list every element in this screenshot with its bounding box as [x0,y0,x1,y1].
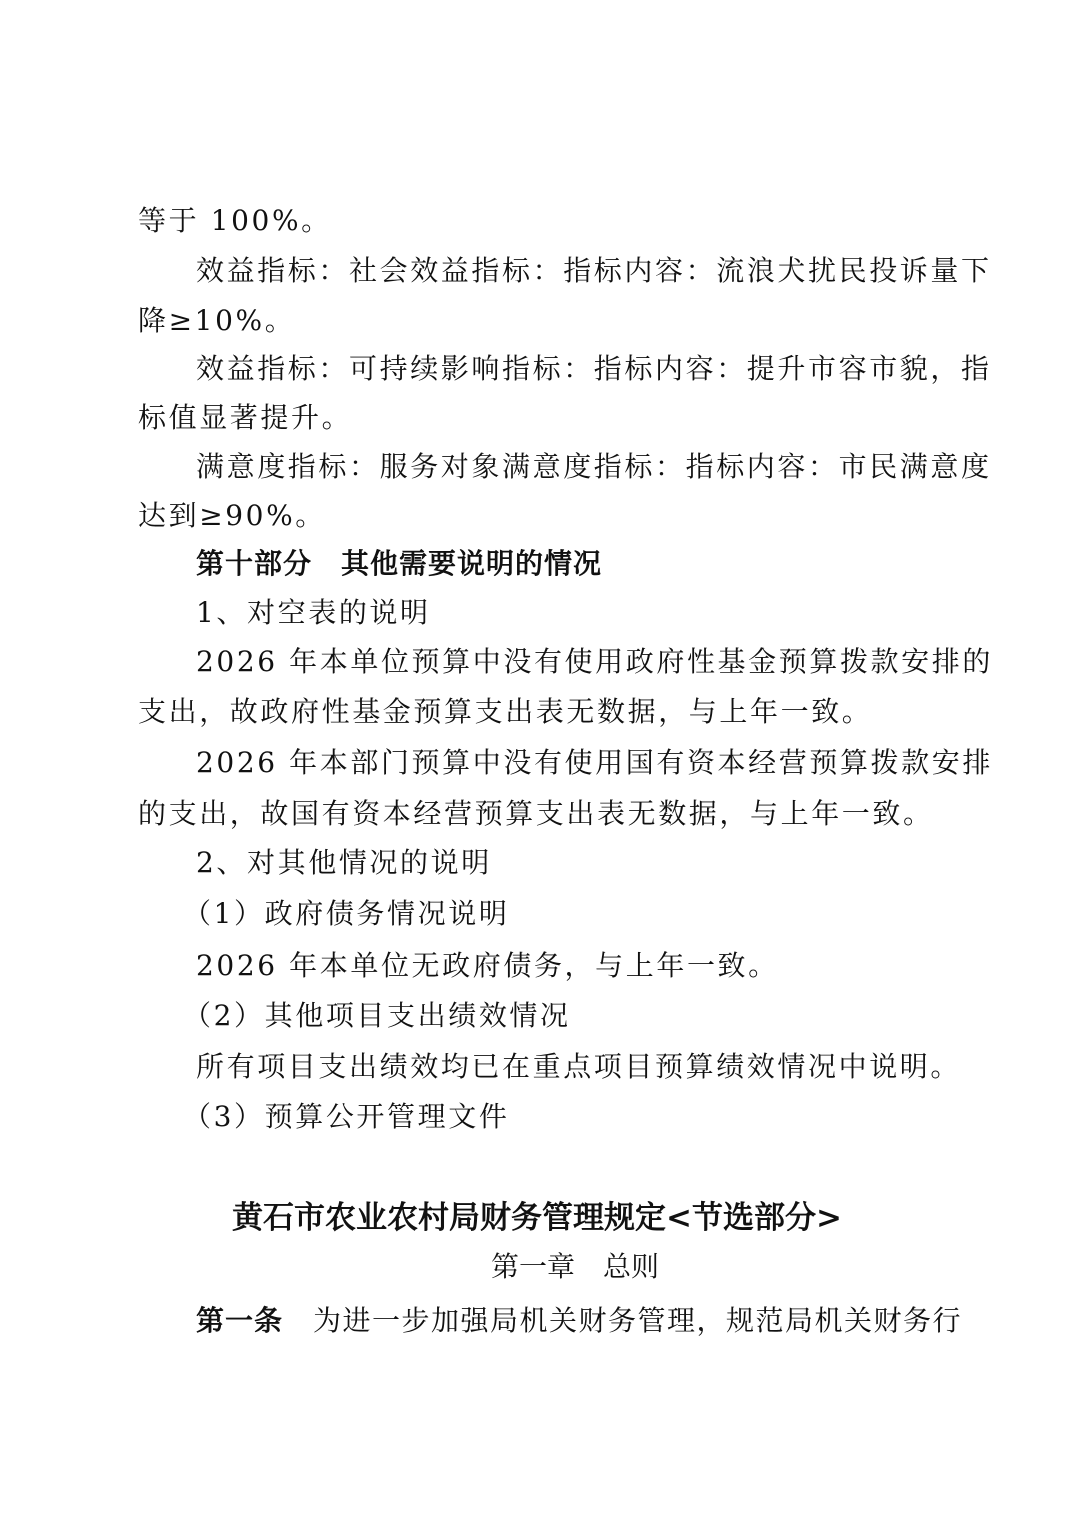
section-heading: 第十部分 其他需要说明的情况 [196,547,602,581]
benefit-indicator-sustainable-line1: 效益指标：可持续影响指标：指标内容：提升市容市貌，指 [196,352,992,386]
regulation-title: 黄石市农业农村局财务管理规定<节选部分> [0,1198,1074,1238]
satisfaction-indicator-line2: 达到≥90%。 [138,499,326,533]
benefit-indicator-sustainable-line2: 标值显著提升。 [138,401,352,435]
paragraph-continuation: 等于 100%。 [138,204,332,238]
empty-table-gov-fund-line1: 2026 年本单位预算中没有使用政府性基金预算拨款安排的 [196,645,993,679]
empty-table-state-capital-line2: 的支出，故国有资本经营预算支出表无数据，与上年一致。 [138,797,934,831]
satisfaction-indicator-line1: 满意度指标：服务对象满意度指标：指标内容：市民满意度 [196,450,992,484]
benefit-indicator-social-line2: 降≥10%。 [138,304,295,338]
article-label: 第一条 [196,1304,283,1337]
chapter-heading: 第一章 总则 [0,1250,1074,1284]
item-text-project-performance: 所有项目支出绩效均已在重点项目预算绩效情况中说明。 [196,1050,961,1084]
benefit-indicator-social-line1: 效益指标：社会效益指标：指标内容：流浪犬扰民投诉量下 [196,254,992,288]
document-page: 等于 100%。 效益指标：社会效益指标：指标内容：流浪犬扰民投诉量下 降≥10… [0,0,1074,1520]
item-title-project-performance: （2）其他项目支出绩效情况 [183,999,571,1033]
item-title-gov-debt: （1）政府债务情况说明 [183,897,509,931]
article-text: 为进一步加强局机关财务管理，规范局机关财务行 [313,1304,962,1337]
article-one: 第一条为进一步加强局机关财务管理，规范局机关财务行 [196,1304,962,1338]
item-title-budget-disclosure: （3）预算公开管理文件 [183,1100,509,1134]
subsection-title-other: 2、对其他情况的说明 [196,846,492,880]
empty-table-gov-fund-line2: 支出，故政府性基金预算支出表无数据，与上年一致。 [138,695,872,729]
item-text-gov-debt: 2026 年本单位无政府债务，与上年一致。 [196,949,779,983]
empty-table-state-capital-line1: 2026 年本部门预算中没有使用国有资本经营预算拨款安排 [196,746,993,780]
subsection-title-empty-tables: 1、对空表的说明 [196,596,431,630]
